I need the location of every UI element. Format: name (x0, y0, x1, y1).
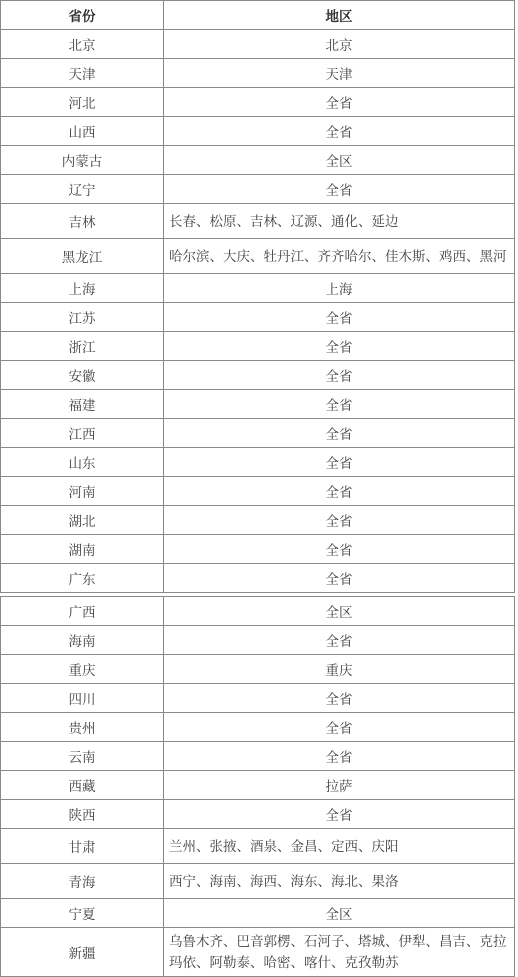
region-cell: 全省 (164, 477, 515, 506)
table-header: 省份 地区 (1, 1, 515, 30)
table-row: 黑龙江哈尔滨、大庆、牡丹江、齐齐哈尔、佳木斯、鸡西、黑河 (1, 239, 515, 274)
table-row: 新疆乌鲁木齐、巴音郭楞、石河子、塔城、伊犁、昌吉、克拉玛依、阿勒泰、哈密、喀什、… (1, 928, 515, 977)
table-row: 贵州全省 (1, 713, 515, 742)
table-row: 重庆重庆 (1, 655, 515, 684)
region-cell: 全省 (164, 419, 515, 448)
region-cell: 全省 (164, 303, 515, 332)
region-cell: 北京 (164, 30, 515, 59)
region-cell: 乌鲁木齐、巴音郭楞、石河子、塔城、伊犁、昌吉、克拉玛依、阿勒泰、哈密、喀什、克孜… (164, 928, 515, 977)
province-cell: 天津 (1, 59, 164, 88)
region-column-header: 地区 (164, 1, 515, 30)
table-row: 江西全省 (1, 419, 515, 448)
table-row: 吉林长春、松原、吉林、辽源、通化、延边 (1, 204, 515, 239)
table-row: 四川全省 (1, 684, 515, 713)
table-row: 海南全省 (1, 626, 515, 655)
region-cell: 全省 (164, 361, 515, 390)
table-row: 湖北全省 (1, 506, 515, 535)
province-cell: 山西 (1, 117, 164, 146)
table-row: 河南全省 (1, 477, 515, 506)
region-cell: 全省 (164, 800, 515, 829)
province-cell: 甘肃 (1, 829, 164, 864)
province-cell: 上海 (1, 274, 164, 303)
table-row: 湖南全省 (1, 535, 515, 564)
region-cell: 哈尔滨、大庆、牡丹江、齐齐哈尔、佳木斯、鸡西、黑河 (164, 239, 515, 274)
region-cell: 全省 (164, 175, 515, 204)
province-cell: 贵州 (1, 713, 164, 742)
table-row: 福建全省 (1, 390, 515, 419)
region-cell: 全区 (164, 597, 515, 626)
region-cell: 全省 (164, 535, 515, 564)
province-cell: 四川 (1, 684, 164, 713)
table-row: 浙江全省 (1, 332, 515, 361)
province-cell: 广东 (1, 564, 164, 593)
province-cell: 广西 (1, 597, 164, 626)
province-cell: 福建 (1, 390, 164, 419)
province-cell: 浙江 (1, 332, 164, 361)
province-cell: 新疆 (1, 928, 164, 977)
province-cell: 吉林 (1, 204, 164, 239)
province-cell: 海南 (1, 626, 164, 655)
table-row: 天津天津 (1, 59, 515, 88)
table-row: 上海上海 (1, 274, 515, 303)
province-region-table-upper: 省份 地区 北京北京天津天津河北全省山西全省内蒙古全区辽宁全省吉林长春、松原、吉… (0, 0, 515, 593)
region-cell: 拉萨 (164, 771, 515, 800)
region-cell: 西宁、海南、海西、海东、海北、果洛 (164, 864, 515, 899)
table-row: 山东全省 (1, 448, 515, 477)
header-row: 省份 地区 (1, 1, 515, 30)
province-cell: 重庆 (1, 655, 164, 684)
province-cell: 安徽 (1, 361, 164, 390)
region-cell: 全省 (164, 713, 515, 742)
province-cell: 青海 (1, 864, 164, 899)
province-region-table-lower: 广西全区海南全省重庆重庆四川全省贵州全省云南全省西藏拉萨陕西全省甘肃兰州、张掖、… (0, 596, 515, 977)
region-cell: 天津 (164, 59, 515, 88)
province-cell: 湖南 (1, 535, 164, 564)
table-row: 广东全省 (1, 564, 515, 593)
province-cell: 河北 (1, 88, 164, 117)
region-cell: 全省 (164, 626, 515, 655)
province-cell: 内蒙古 (1, 146, 164, 175)
region-cell: 重庆 (164, 655, 515, 684)
province-cell: 江西 (1, 419, 164, 448)
table-row: 云南全省 (1, 742, 515, 771)
region-cell: 全区 (164, 146, 515, 175)
province-cell: 云南 (1, 742, 164, 771)
region-cell: 全省 (164, 564, 515, 593)
region-cell: 兰州、张掖、酒泉、金昌、定西、庆阳 (164, 829, 515, 864)
region-cell: 全省 (164, 332, 515, 361)
region-cell: 全省 (164, 742, 515, 771)
table-row: 内蒙古全区 (1, 146, 515, 175)
table-body: 广西全区海南全省重庆重庆四川全省贵州全省云南全省西藏拉萨陕西全省甘肃兰州、张掖、… (1, 597, 515, 977)
province-cell: 宁夏 (1, 899, 164, 928)
province-cell: 北京 (1, 30, 164, 59)
province-cell: 辽宁 (1, 175, 164, 204)
table-row: 甘肃兰州、张掖、酒泉、金昌、定西、庆阳 (1, 829, 515, 864)
table-row: 广西全区 (1, 597, 515, 626)
region-cell: 全省 (164, 88, 515, 117)
province-column-header: 省份 (1, 1, 164, 30)
table-row: 青海西宁、海南、海西、海东、海北、果洛 (1, 864, 515, 899)
province-cell: 黑龙江 (1, 239, 164, 274)
region-cell: 全省 (164, 390, 515, 419)
region-cell: 全省 (164, 506, 515, 535)
region-cell: 全省 (164, 684, 515, 713)
table-row: 西藏拉萨 (1, 771, 515, 800)
table-row: 北京北京 (1, 30, 515, 59)
table-row: 江苏全省 (1, 303, 515, 332)
table-row: 安徽全省 (1, 361, 515, 390)
province-cell: 湖北 (1, 506, 164, 535)
table-row: 陕西全省 (1, 800, 515, 829)
region-cell: 全区 (164, 899, 515, 928)
table-body: 北京北京天津天津河北全省山西全省内蒙古全区辽宁全省吉林长春、松原、吉林、辽源、通… (1, 30, 515, 593)
table-row: 辽宁全省 (1, 175, 515, 204)
province-cell: 西藏 (1, 771, 164, 800)
region-cell: 上海 (164, 274, 515, 303)
province-cell: 河南 (1, 477, 164, 506)
table-row: 河北全省 (1, 88, 515, 117)
province-cell: 陕西 (1, 800, 164, 829)
province-cell: 江苏 (1, 303, 164, 332)
table-row: 宁夏全区 (1, 899, 515, 928)
province-cell: 山东 (1, 448, 164, 477)
table-row: 山西全省 (1, 117, 515, 146)
region-cell: 全省 (164, 117, 515, 146)
region-cell: 全省 (164, 448, 515, 477)
region-cell: 长春、松原、吉林、辽源、通化、延边 (164, 204, 515, 239)
